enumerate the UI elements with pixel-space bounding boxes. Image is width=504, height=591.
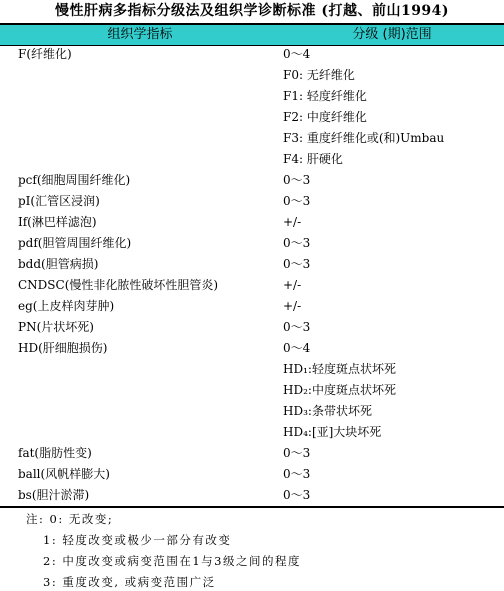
range-cell: 0～3 — [283, 170, 310, 191]
range-cell: HD₂:中度斑点状坏死 — [283, 380, 396, 401]
table-row: PN(片状坏死)0～3 — [0, 317, 504, 338]
range-cell: F3: 重度纤维化或(和)Umbau — [283, 128, 444, 149]
table-row: HD₄:[亚]大块坏死 — [0, 422, 504, 443]
table-row: CNDSC(慢性非化脓性破坏性胆管炎)+/- — [0, 275, 504, 296]
footnote: 1: 轻度改变或极少一部分有改变 — [0, 530, 504, 551]
range-cell: 0～4 — [283, 44, 310, 65]
range-cell: HD₃:条带状坏死 — [283, 401, 372, 422]
table-row: bdd(胆管病损)0～3 — [0, 254, 504, 275]
table-bottom-rule — [0, 506, 504, 508]
footnote: 注: 0: 无改变; — [0, 509, 504, 530]
indicator-cell: F(纤维化) — [18, 44, 72, 65]
range-cell: F1: 轻度纤维化 — [283, 86, 367, 107]
header-range: 分级 (期)范围 — [280, 25, 504, 45]
table-row: HD₂:中度斑点状坏死 — [0, 380, 504, 401]
table-row: F2: 中度纤维化 — [0, 107, 504, 128]
table-row: HD₃:条带状坏死 — [0, 401, 504, 422]
table-row: pcf(细胞周围纤维化)0～3 — [0, 170, 504, 191]
range-cell: HD₁:轻度斑点状坏死 — [283, 359, 396, 380]
range-cell: HD₄:[亚]大块坏死 — [283, 422, 381, 443]
range-cell: 0～3 — [283, 233, 310, 254]
indicator-cell: pcf(细胞周围纤维化) — [18, 170, 130, 191]
header-indicator: 组织学指标 — [0, 25, 280, 45]
indicator-cell: CNDSC(慢性非化脓性破坏性胆管炎) — [18, 275, 218, 296]
table-row: If(淋巴样滤泡)+/- — [0, 212, 504, 233]
footnote: 3: 重度改变, 或病变范围广泛 — [0, 572, 504, 591]
table-row: ball(风帆样膨大)0～3 — [0, 464, 504, 485]
indicator-cell: eg(上皮样肉芽肿) — [18, 296, 114, 317]
table-row: bs(胆汁淤滞)0～3 — [0, 485, 504, 506]
table-row: HD₁:轻度斑点状坏死 — [0, 359, 504, 380]
table-row: F3: 重度纤维化或(和)Umbau — [0, 128, 504, 149]
footnotes: 注: 0: 无改变; 1: 轻度改变或极少一部分有改变 2: 中度改变或病变范围… — [0, 509, 504, 591]
range-cell: 0～3 — [283, 443, 310, 464]
range-cell: +/- — [283, 296, 301, 317]
table-row: HD(肝细胞损伤)0～4 — [0, 338, 504, 359]
range-cell: F4: 肝硬化 — [283, 149, 343, 170]
table-row: pⅠ(汇管区浸润)0～3 — [0, 191, 504, 212]
range-cell: 0～3 — [283, 191, 310, 212]
range-cell: 0～3 — [283, 485, 310, 506]
table-row: pdf(胆管周围纤维化)0～3 — [0, 233, 504, 254]
indicator-cell: fat(脂肪性变) — [18, 443, 92, 464]
range-cell: 0～4 — [283, 338, 310, 359]
indicator-cell: ball(风帆样膨大) — [18, 464, 110, 485]
range-cell: F0: 无纤维化 — [283, 65, 355, 86]
range-cell: 0～3 — [283, 317, 310, 338]
footnote: 2: 中度改变或病变范围在1与3级之间的程度 — [0, 551, 504, 572]
table-title: 慢性肝病多指标分级法及组织学诊断标准 (打越、前山1994) — [0, 0, 504, 22]
range-cell: +/- — [283, 275, 301, 296]
table-row: fat(脂肪性变)0～3 — [0, 443, 504, 464]
table-row: F(纤维化)0～4 — [0, 44, 504, 65]
indicator-cell: If(淋巴样滤泡) — [18, 212, 97, 233]
table-row: eg(上皮样肉芽肿)+/- — [0, 296, 504, 317]
range-cell: 0～3 — [283, 254, 310, 275]
table-row: F1: 轻度纤维化 — [0, 86, 504, 107]
indicator-cell: bs(胆汁淤滞) — [18, 485, 89, 506]
range-cell: +/- — [283, 212, 301, 233]
table-header: 组织学指标 分级 (期)范围 — [0, 23, 504, 46]
indicator-cell: HD(肝细胞损伤) — [18, 338, 107, 359]
indicator-cell: pⅠ(汇管区浸润) — [18, 191, 100, 212]
range-cell: 0～3 — [283, 464, 310, 485]
table-body: F(纤维化)0～4 F0: 无纤维化 F1: 轻度纤维化 F2: 中度纤维化 F… — [0, 44, 504, 506]
indicator-cell: PN(片状坏死) — [18, 317, 94, 338]
indicator-cell: bdd(胆管病损) — [18, 254, 98, 275]
table-row: F0: 无纤维化 — [0, 65, 504, 86]
table-row: F4: 肝硬化 — [0, 149, 504, 170]
range-cell: F2: 中度纤维化 — [283, 107, 367, 128]
indicator-cell: pdf(胆管周围纤维化) — [18, 233, 131, 254]
